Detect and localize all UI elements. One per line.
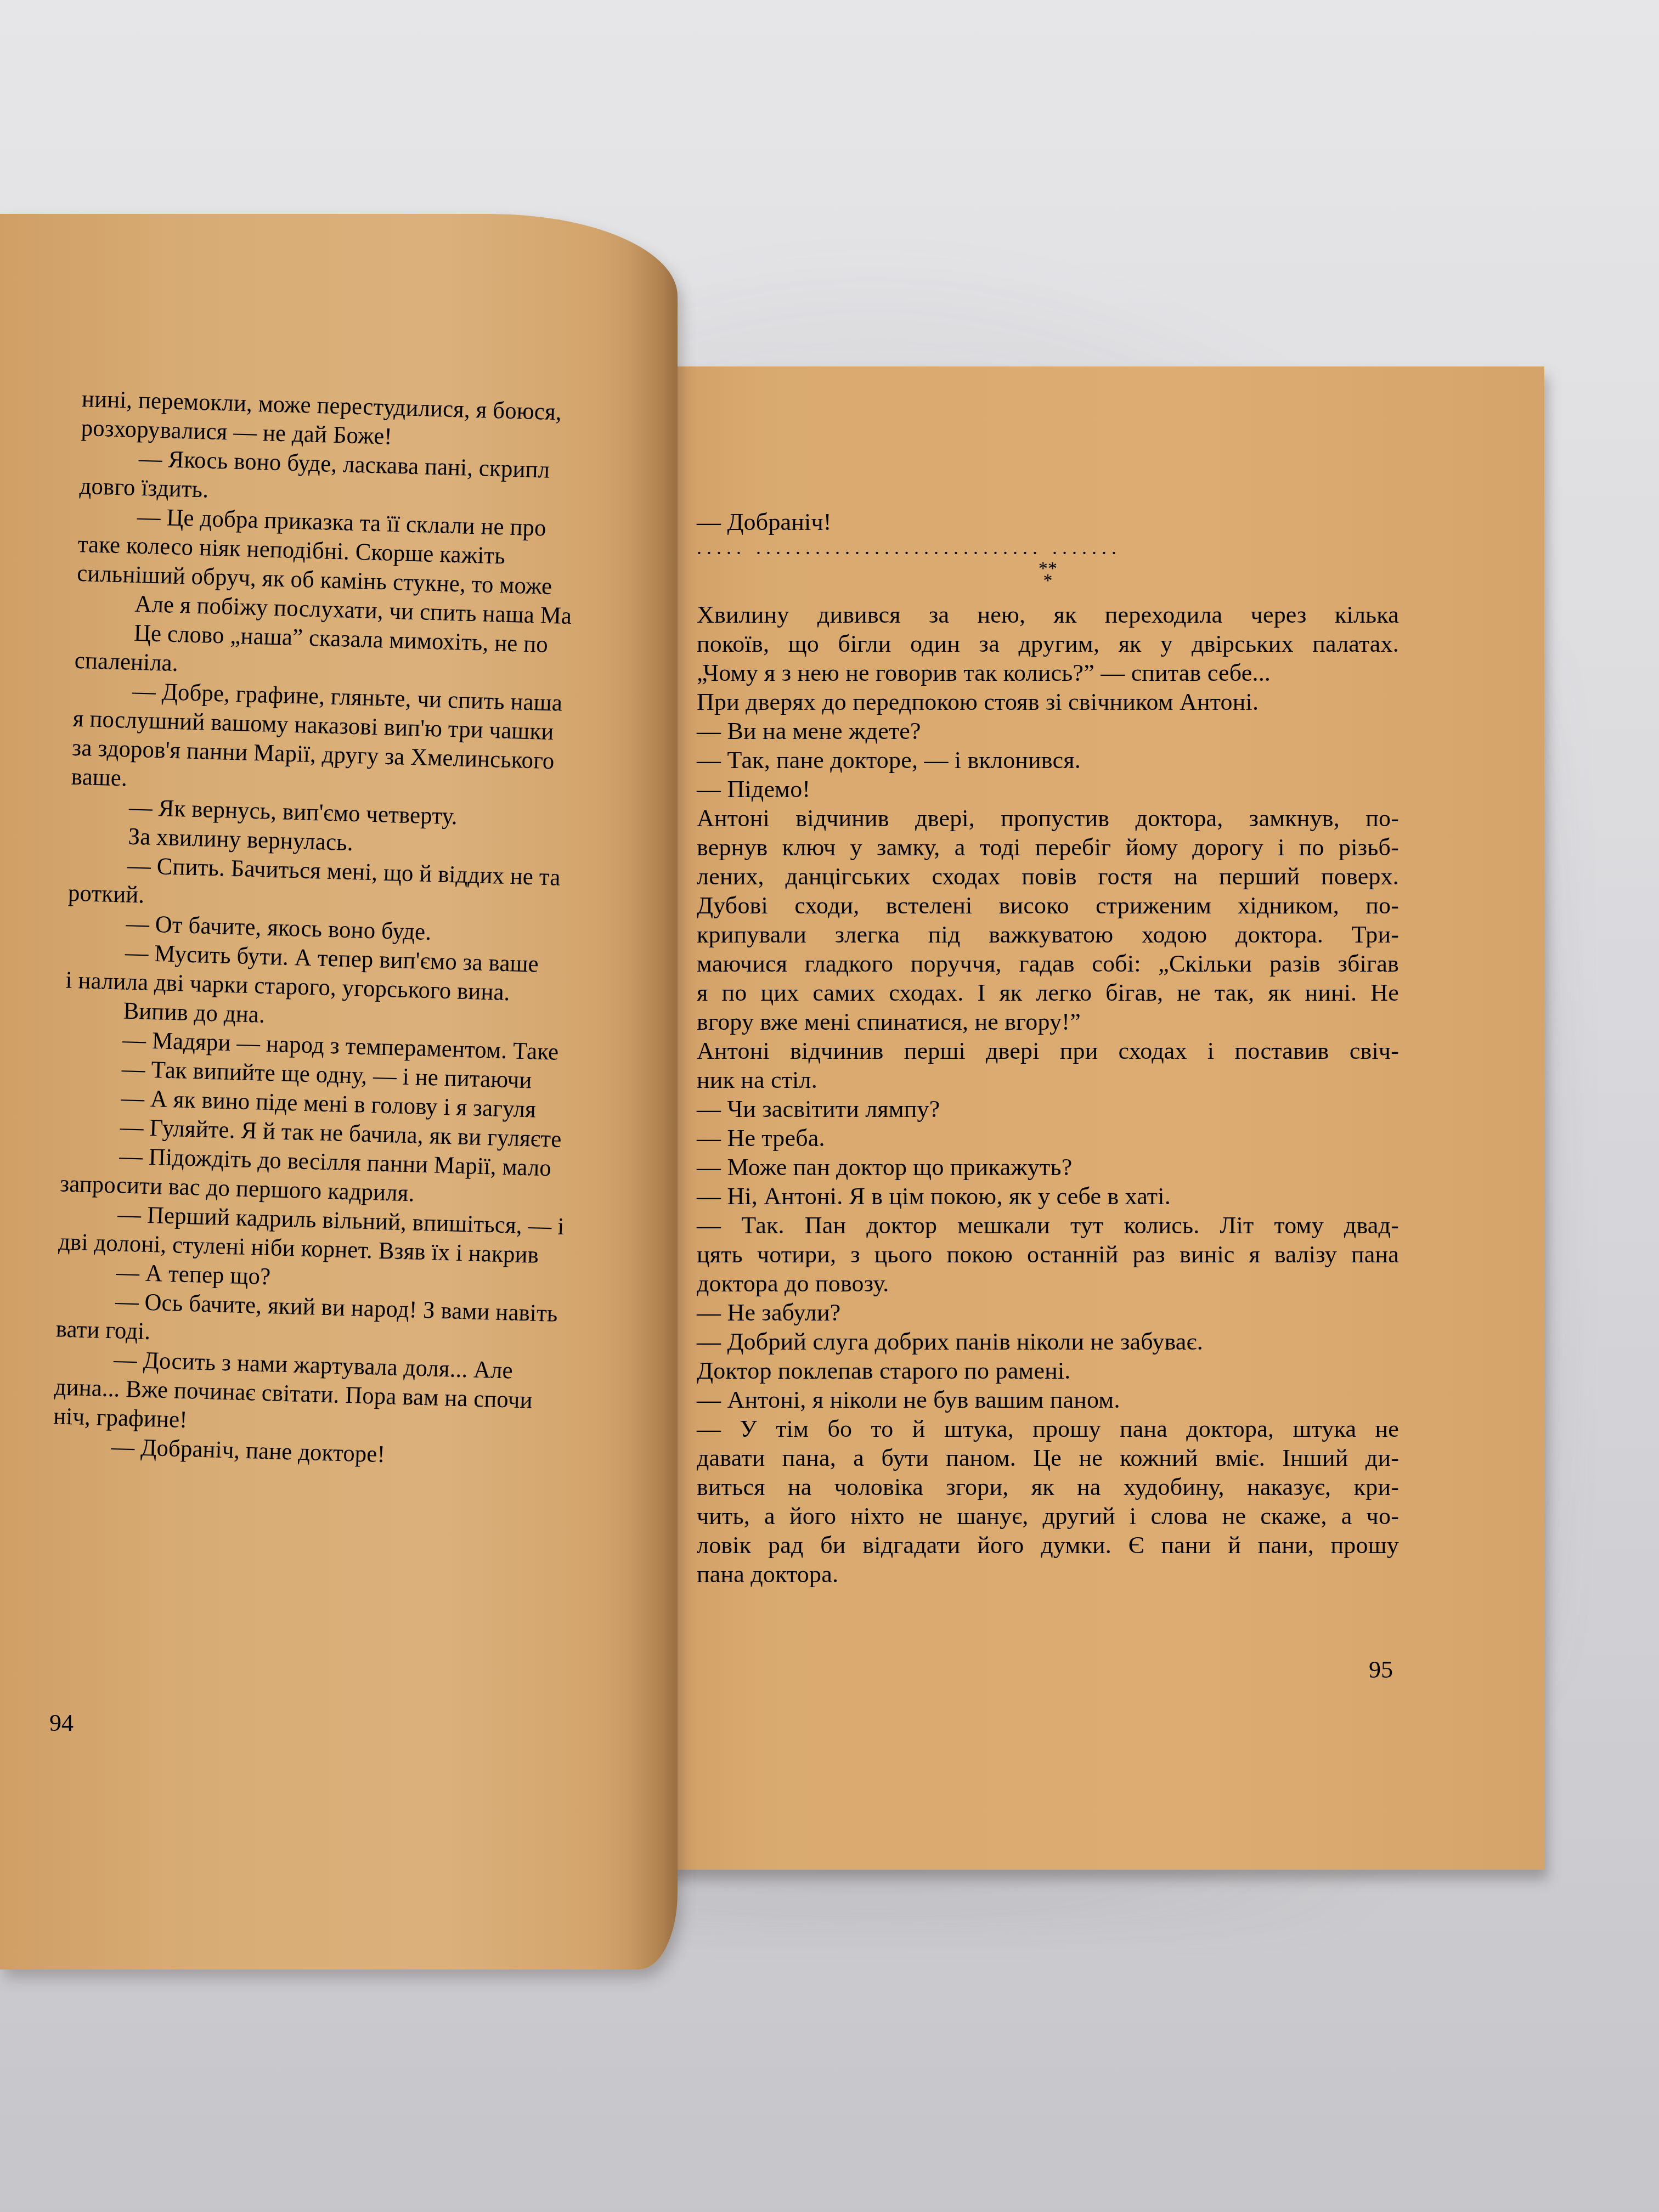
text-line: крипували злегка під важкуватою ходою до… — [697, 920, 1399, 949]
text-line: — Добрий слуга добрих панів ніколи не за… — [697, 1327, 1399, 1356]
text-line: я по цих самих сходах. І як легко бігав,… — [697, 978, 1399, 1007]
text-line: Доктор поклепав старого по рамені. — [697, 1356, 1399, 1385]
text-line: покоїв, що бігли один за другим, як у дв… — [697, 629, 1399, 658]
text-line: — Так, пане докторе, — і вклонився. — [697, 746, 1399, 775]
text-line: — Антоні, я ніколи не був вашим паном. — [697, 1385, 1399, 1414]
text-line: доктора до повозу. — [697, 1269, 1399, 1298]
text-line: чить, а його ніхто не шанує, другий і сл… — [697, 1502, 1399, 1531]
text-line: Хвилину дивився за нею, як переходила че… — [697, 600, 1399, 629]
text-line: — Ні, Антоні. Я в цім покою, як у себе в… — [697, 1182, 1399, 1211]
text-line: — Не треба. — [697, 1124, 1399, 1153]
text-line: лених, данцігських сходах повів гостя на… — [697, 862, 1399, 891]
left-page-text: нині, перемокли, може перестудилися, я б… — [52, 384, 662, 1476]
page-number-left: 94 — [49, 1709, 74, 1737]
text-line: вгору вже мені спинатися, не вгору!” — [697, 1007, 1399, 1036]
text-line: — Не забули? — [697, 1298, 1399, 1327]
text-line: маючися гладкого поруччя, гадав собі: „С… — [697, 949, 1399, 978]
asterism-section-break: ** * — [697, 563, 1399, 587]
text-line: вернув ключ у замку, а тоді перебіг йому… — [697, 833, 1399, 862]
right-page-opening-line: — Добраніч! — [697, 507, 1399, 537]
text-line: ловік рад би відгадати його думки. Є пан… — [697, 1531, 1399, 1560]
text-line: Антоні відчинив двері, пропустив доктора… — [697, 804, 1399, 833]
page-number-right: 95 — [1369, 1656, 1393, 1684]
right-page-text: — Добраніч! ..... ......................… — [697, 507, 1399, 1589]
right-page-lines: Хвилину дивився за нею, як переходила че… — [697, 600, 1399, 1589]
text-line: — Може пан доктор що прикажуть? — [697, 1153, 1399, 1182]
text-line: — У тім бо то й штука, прошу пана доктор… — [697, 1414, 1399, 1443]
text-line: Антоні відчинив перші двері при сходах і… — [697, 1036, 1399, 1065]
text-line: давати пана, а бути паном. Це не кожний … — [697, 1443, 1399, 1472]
text-line: — Ви на мене ждете? — [697, 716, 1399, 746]
text-line: ник на стіл. — [697, 1065, 1399, 1094]
text-line: — Чи засвітити лямпу? — [697, 1094, 1399, 1124]
left-page-lines: нині, перемокли, може перестудилися, я б… — [52, 384, 662, 1476]
text-line: цять чотири, з цього покою останній раз … — [697, 1240, 1399, 1269]
text-line: — Підемо! — [697, 775, 1399, 804]
text-line: виться на чоловіка згори, як на худобину… — [697, 1472, 1399, 1502]
text-line: — Так. Пан доктор мешкали тут колись. Лі… — [697, 1211, 1399, 1240]
text-line: „Чому я з нею не говорив так колись?” — … — [697, 658, 1399, 687]
text-line: Дубові сходи, встелені високо стриженим … — [697, 891, 1399, 920]
dotted-separator: ..... ............................. ....… — [697, 537, 1399, 558]
text-line: При дверях до передпокою стояв зі свічни… — [697, 687, 1399, 716]
asterism-bottom: * — [697, 575, 1399, 587]
text-line: пана доктора. — [697, 1560, 1399, 1589]
